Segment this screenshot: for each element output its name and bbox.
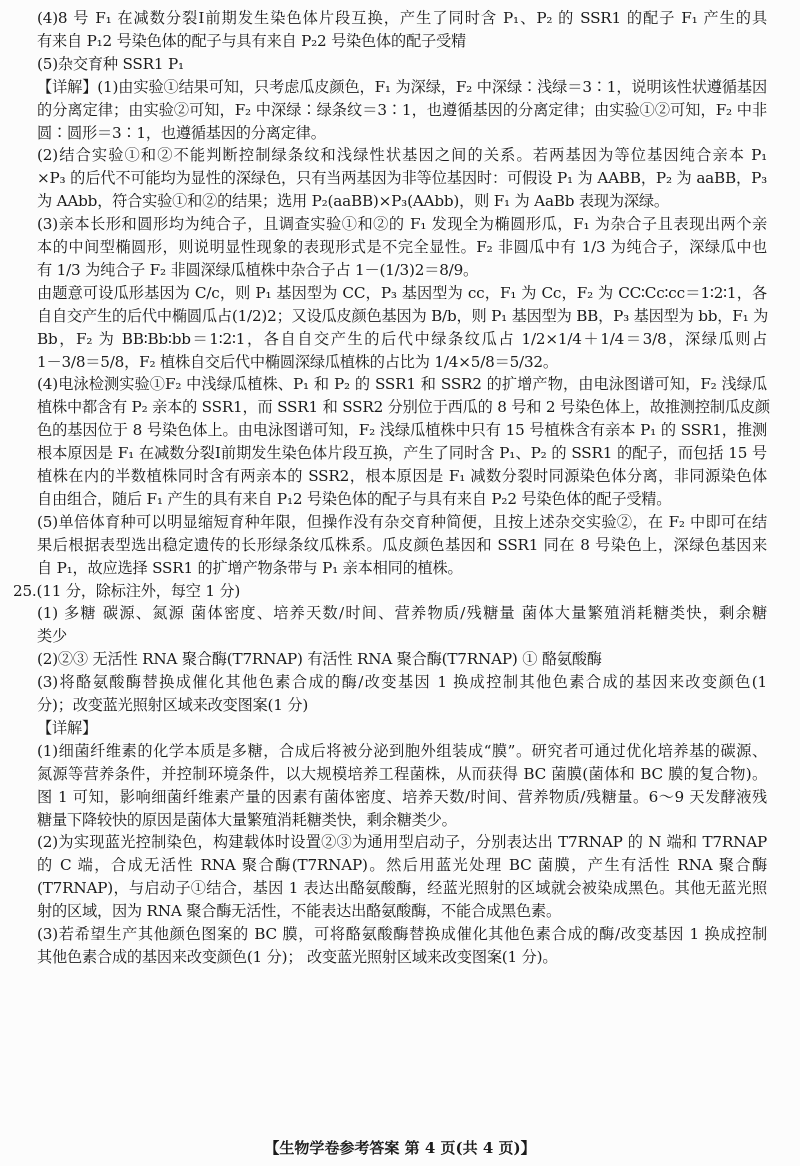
text-line: (4)8 号 F₁ 在减数分裂Ⅰ前期发生染色体片段互换，产生了同时含 P₁、P₂… xyxy=(37,7,767,29)
text-line: 植株中都含有 P₂ 亲本的 SSR1，而 SSR1 和 SSR2 分别位于西瓜的… xyxy=(37,396,767,418)
text-line: (3)将酪氨酸酶替换成催化其他色素合成的酶/改变基因 1 换成控制其他色素合成的… xyxy=(37,671,767,693)
text-line: 自 P₁，故应选择 SSR1 的扩增产物条带与 P₁ 亲本相同的植株。 xyxy=(37,557,767,579)
text-line: 圆∶圆形＝3∶1，也遵循基因的分离定律。 xyxy=(37,122,767,144)
page-footer: 【生物学卷参考答案 第 4 页(共 4 页)】 xyxy=(0,1138,800,1158)
text-line: 为 AAbb，符合实验①和②的结果；选用 P₂(aaBB)×P₃(AAbb)，则… xyxy=(37,190,767,212)
text-line: (5)单倍体育种可以明显缩短育种年限，但操作没有杂交育种简便，且按上述杂交实验②… xyxy=(37,511,767,533)
text-line: (5)杂交育种 SSR1 P₁ xyxy=(37,53,767,75)
text-line: 色的基因位于 8 号染色体上。由电泳图谱可知，F₂ 浅绿瓜植株中只有 15 号植… xyxy=(37,419,767,441)
text-line: 射的区域，因为 RNA 聚合酶无活性，不能表达出酪氨酸酶，不能合成黑色素。 xyxy=(37,900,767,922)
text-line: (2)结合实验①和②不能判断控制绿条纹和浅绿性状基因之间的关系。若两基因为等位基… xyxy=(37,144,767,166)
text-line: 糖量下降较快的原因是菌体大量繁殖消耗糖类快，剩余糖类少。 xyxy=(37,809,767,831)
text-line: 自自交产生的后代中椭圆瓜占(1/2)2；又设瓜皮颜色基因为 B/b，则 P₁ 基… xyxy=(37,305,767,327)
text-line: 果后根据表型选出稳定遗传的长形绿条纹瓜株系。瓜皮颜色基因和 SSR1 同在 8 … xyxy=(37,534,767,556)
text-line: 由题意可设瓜形基因为 C/c，则 P₁ 基因型为 CC，P₃ 基因型为 cc，F… xyxy=(37,282,767,304)
text-line: 的分离定律；由实验②可知，F₂ 中深绿∶绿条纹＝3∶1，也遵循基因的分离定律；由… xyxy=(37,99,767,121)
text-line: 图 1 可知，影响细菌纤维素产量的因素有菌体密度、培养天数/时间、营养物质/残糖… xyxy=(37,786,767,808)
text-line: 本的中间型椭圆形，则说明显性现象的表现形式是不完全显性。F₂ 非圆瓜中有 1/3… xyxy=(37,236,767,258)
text-line: 根本原因是 F₁ 在减数分裂Ⅰ前期发生染色体片段互换，产生了同时含 P₁、P₂ … xyxy=(37,442,767,464)
text-line: 的 C 端，合成无活性 RNA 聚合酶(T7RNAP)。然后用蓝光处理 BC 菌… xyxy=(37,854,767,876)
text-line: 氮源等营养条件，并控制环境条件，以大规模培养工程菌株，从而获得 BC 菌膜(菌体… xyxy=(37,763,767,785)
text-line: Bb，F₂ 为 BB∶Bb∶bb＝1∶2∶1，各自自交产生的后代中绿条纹瓜占 1… xyxy=(37,328,767,350)
text-line: (3)若希望生产其他颜色图案的 BC 膜，可将酪氨酸酶替换成催化其他色素合成的酶… xyxy=(37,923,767,945)
text-line: ×P₃ 的后代不可能均为显性的深绿色，只有当两基因为非等位基因时：可假设 P₁ … xyxy=(37,167,767,189)
text-line: (2)②③ 无活性 RNA 聚合酶(T7RNAP) 有活性 RNA 聚合酶(T7… xyxy=(37,648,767,670)
answer-key-page: (4)8 号 F₁ 在减数分裂Ⅰ前期发生染色体片段互换，产生了同时含 P₁、P₂… xyxy=(0,0,800,1166)
text-line: 其他色素合成的基因来改变颜色(1 分)； 改变蓝光照射区域来改变图案(1 分)。 xyxy=(37,946,767,968)
text-line: 自由组合，随后 F₁ 产生的具有来自 P₁2 号染色体的配子与具有来自 P₂2 … xyxy=(37,488,767,510)
text-line: 【详解】(1)由实验①结果可知，只考虑瓜皮颜色，F₁ 为深绿，F₂ 中深绿∶浅绿… xyxy=(37,76,767,98)
text-line: (3)亲本长形和圆形均为纯合子，且调查实验①和②的 F₁ 发现全为椭圆形瓜，F₁… xyxy=(37,213,767,235)
text-line: 分)；改变蓝光照射区域来改变图案(1 分) xyxy=(37,694,767,716)
text-line: 植株在内的半数植株同时含有两亲本的 SSR2，根本原因是 F₁ 减数分裂时同源染… xyxy=(37,465,767,487)
text-line: 有 1/3 为纯合子 F₂ 非圆深绿瓜植株中杂合子占 1－(1/3)2＝8/9。 xyxy=(37,259,767,281)
text-line: 1－3/8＝5/8，F₂ 植株自交后代中椭圆深绿瓜植株的占比为 1/4×5/8＝… xyxy=(37,351,767,373)
text-line: 类少 xyxy=(37,625,767,647)
text-line: (2)为实现蓝光控制染色，构建载体时设置②③为通用型启动子，分别表达出 T7RN… xyxy=(37,831,767,853)
text-line: (1) 多糖 碳源、氮源 菌体密度、培养天数/时间、营养物质/残糖量 菌体大量繁… xyxy=(37,602,767,624)
text-line: (T7RNAP)，与启动子①结合，基因 1 表达出酪氨酸酶，经蓝光照射的区域就会… xyxy=(37,877,767,899)
text-line: (4)电泳检测实验①F₂ 中浅绿瓜植株、P₁ 和 P₂ 的 SSR1 和 SSR… xyxy=(37,373,767,395)
text-line: 有来自 P₁2 号染色体的配子与具有来自 P₂2 号染色体的配子受精 xyxy=(37,30,767,52)
text-line: (1)细菌纤维素的化学本质是多糖，合成后将被分泌到胞外组装成“膜”。研究者可通过… xyxy=(37,740,767,762)
text-line: 【详解】 xyxy=(37,717,767,739)
text-line: 25.(11 分，除标注外，每空 1 分) xyxy=(13,580,767,602)
